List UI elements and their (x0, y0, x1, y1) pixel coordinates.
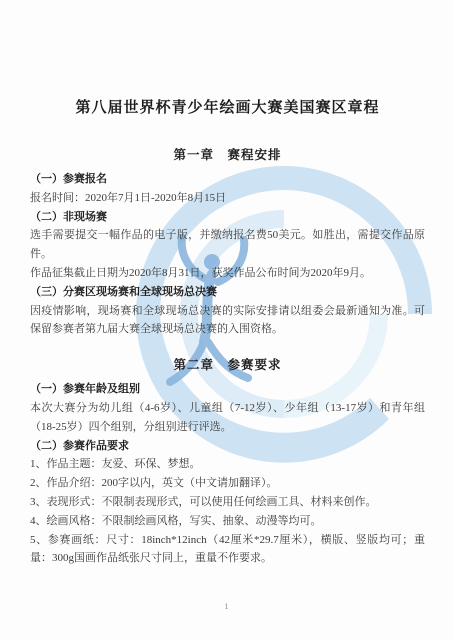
list-item: 4、绘画风格：不限制绘画风格，写实、抽象、动漫等均可。 (30, 512, 425, 531)
list-item: 1、作品主题：友爱、环保、梦想。 (30, 455, 425, 474)
section-subheading: （一）参赛年龄及组别 (30, 380, 425, 399)
list-item: 3、表现形式：不限制表现形式，可以使用任何绘画工具、材料来创作。 (30, 493, 425, 512)
document-title: 第八届世界杯青少年绘画大赛美国赛区章程 (30, 99, 425, 116)
paragraph: 作品征集截止日期为2020年8月31日，获奖作品公布时间为2020年9月。 (30, 264, 425, 283)
list-item: 5、参赛画纸：尺寸：18inch*12inch（42厘米*29.7厘米），横版、… (30, 531, 425, 569)
page-number: 1 (0, 602, 453, 611)
chapter-2-content: （一）参赛年龄及组别 本次大赛分为幼儿组（4-6岁）、儿童组（7-12岁）、少年… (30, 380, 425, 568)
section-subheading: （二）参赛作品要求 (30, 437, 425, 456)
section-subheading: （二）非现场赛 (30, 208, 425, 227)
paragraph: 选手需要提交一幅作品的电子版，并缴纳报名费50美元。如胜出，需提交作品原件。 (30, 226, 425, 264)
chapter-2-heading: 第二章 参赛要求 (30, 357, 425, 374)
document-body: 第八届世界杯青少年绘画大赛美国赛区章程 第一章 赛程安排 （一）参赛报名 报名时… (0, 99, 453, 568)
chapter-1-content: （一）参赛报名 报名时间：2020年7月1日-2020年8月15日 （二）非现场… (30, 170, 425, 339)
paragraph: 本次大赛分为幼儿组（4-6岁）、儿童组（7-12岁）、少年组（13-17岁）和青… (30, 399, 425, 437)
document-page: 第八届世界杯青少年绘画大赛美国赛区章程 第一章 赛程安排 （一）参赛报名 报名时… (0, 0, 453, 640)
section-subheading: （三）分赛区现场赛和全球现场总决赛 (30, 283, 425, 302)
paragraph: 因疫情影响，现场赛和全球现场总决赛的实际安排请以组委会最新通知为准。可保留参赛者… (30, 302, 425, 340)
chapter-1-heading: 第一章 赛程安排 (30, 147, 425, 164)
paragraph: 报名时间：2020年7月1日-2020年8月15日 (30, 189, 425, 208)
list-item: 2、作品介绍：200字以内，英文（中文请加翻译）。 (30, 474, 425, 493)
section-subheading: （一）参赛报名 (30, 170, 425, 189)
